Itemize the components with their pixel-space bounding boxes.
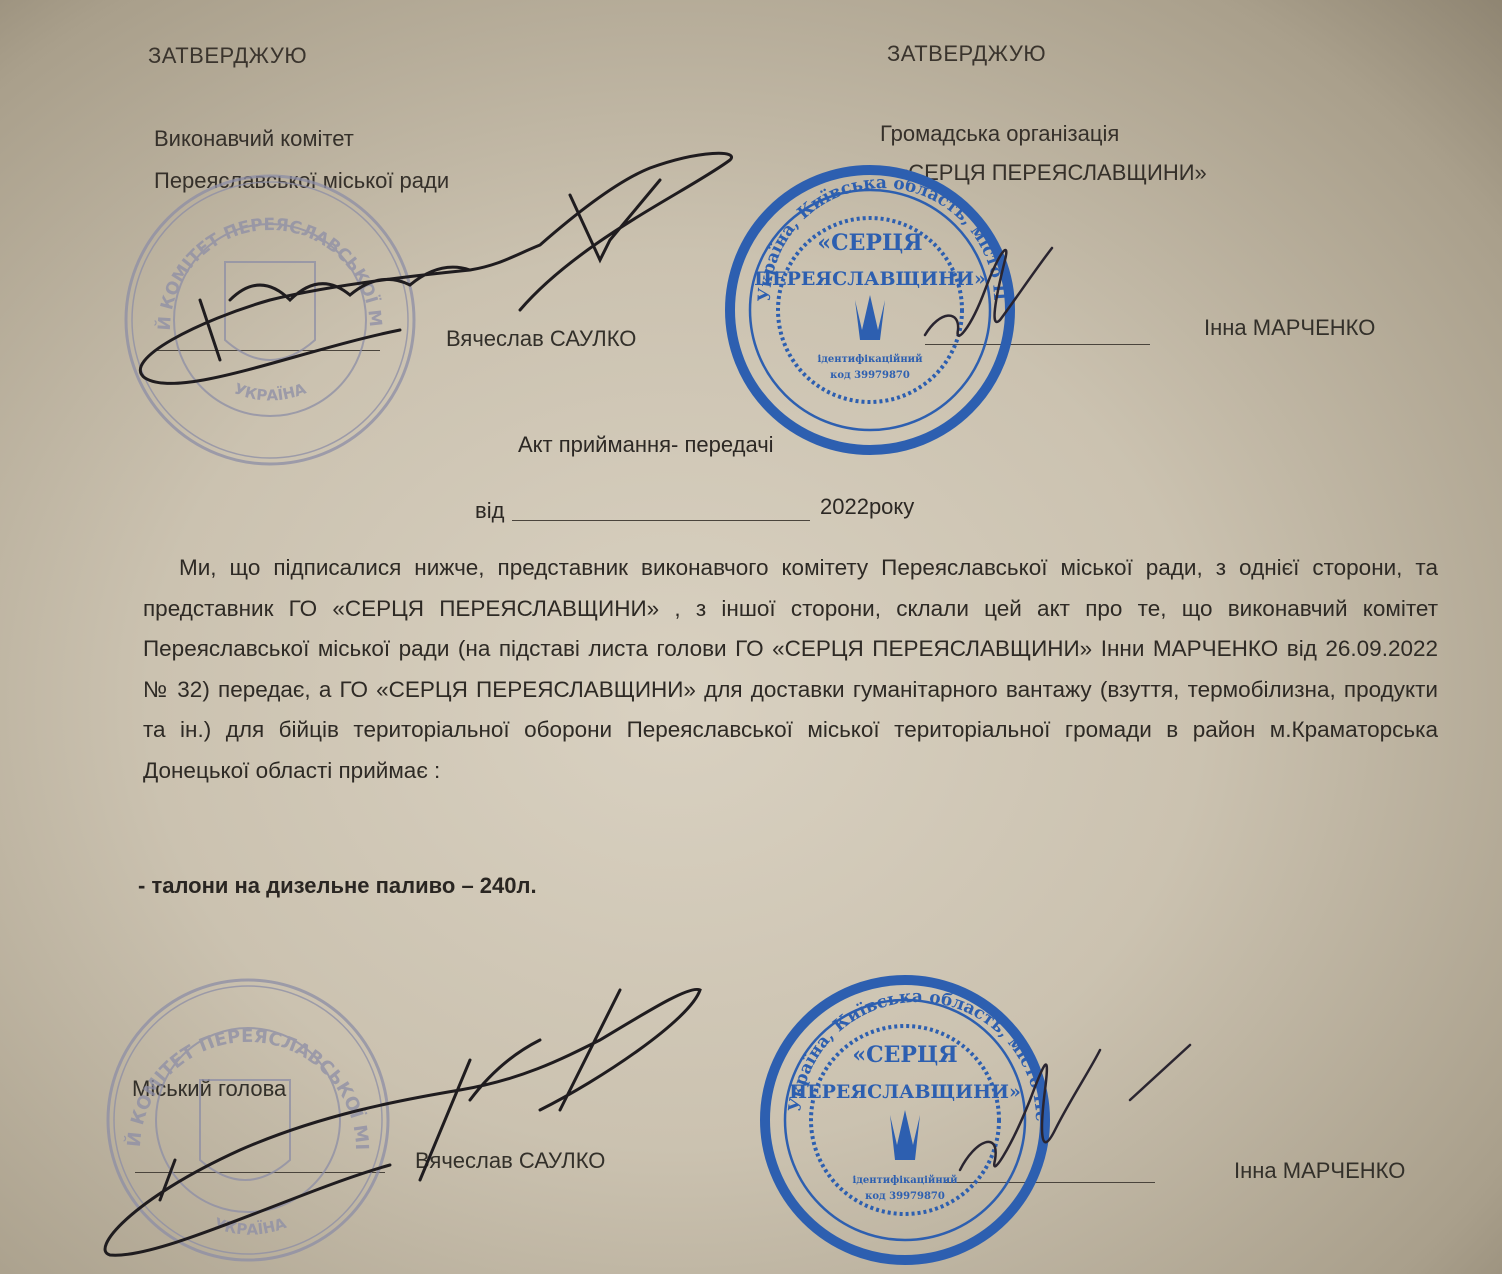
date-suffix: 2022року bbox=[820, 494, 914, 520]
council-stamp-top: ВИКОНАВЧИЙ КОМІТЕТ ПЕРЕЯСЛАВСЬКОЇ МІСЬКО… bbox=[0, 0, 414, 464]
ngo-emblem-icon bbox=[890, 1110, 920, 1160]
footer-right-signatory-name: Інна МАРЧЕНКО bbox=[1234, 1158, 1405, 1184]
svg-text:ідентифікаційний: ідентифікаційний bbox=[852, 1175, 958, 1186]
footer-left-signature-line bbox=[135, 1172, 385, 1173]
svg-text:«СЕРЦЯ: «СЕРЦЯ bbox=[817, 230, 922, 256]
right-org-line2: «СЕРЦЯ ПЕРЕЯСЛАВЩИНИ» bbox=[896, 160, 1207, 186]
svg-text:ПЕРЕЯСЛАВЩИНИ»: ПЕРЕЯСЛАВЩИНИ» bbox=[789, 1081, 1021, 1103]
svg-text:УКРАЇНА: УКРАЇНА bbox=[212, 1214, 289, 1239]
svg-text:код 39979870: код 39979870 bbox=[830, 370, 910, 381]
left-signatory-name: Вячеслав САУЛКО bbox=[446, 326, 636, 352]
document-title: Акт приймання- передачі bbox=[518, 432, 774, 458]
right-org-line1: Громадська організація bbox=[880, 121, 1119, 147]
svg-text:УКРАЇНА: УКРАЇНА bbox=[232, 379, 309, 404]
footer-position-label: Міський голова bbox=[132, 1076, 286, 1102]
left-approve-label: ЗАТВЕРДЖУЮ bbox=[148, 43, 307, 69]
signature-marchenko-bottom bbox=[960, 1045, 1190, 1170]
body-paragraph-block: Ми, що підписалися нижче, представник ви… bbox=[143, 548, 1438, 791]
right-signatory-name: Інна МАРЧЕНКО bbox=[1204, 315, 1375, 341]
trident-emblem-icon bbox=[225, 262, 315, 360]
footer-left-signatory-name: Вячеслав САУЛКО bbox=[415, 1148, 605, 1174]
left-org-line2: Переяславської міської ради bbox=[154, 168, 449, 194]
left-org-line1: Виконавчий комітет bbox=[154, 126, 354, 152]
date-prefix: від bbox=[475, 498, 504, 524]
svg-text:ПЕРЕЯСЛАВЩИНИ»: ПЕРЕЯСЛАВЩИНИ» bbox=[754, 268, 986, 290]
svg-text:ідентифікаційний: ідентифікаційний bbox=[817, 354, 923, 365]
left-signature-line bbox=[155, 350, 380, 351]
svg-text:«СЕРЦЯ: «СЕРЦЯ bbox=[852, 1042, 957, 1068]
transferred-item: - талони на дизельне паливо – 240л. bbox=[138, 873, 537, 899]
date-blank-line bbox=[512, 520, 810, 521]
footer-right-signature-line bbox=[945, 1182, 1155, 1183]
right-approve-label: ЗАТВЕРДЖУЮ bbox=[887, 41, 1046, 67]
signature-marchenko-top bbox=[925, 248, 1052, 336]
svg-text:код 39979870: код 39979870 bbox=[865, 1191, 945, 1202]
signature-saulko-bottom bbox=[105, 989, 700, 1255]
right-signature-line bbox=[925, 344, 1150, 345]
ngo-emblem-icon bbox=[855, 295, 885, 340]
body-paragraph: Ми, що підписалися нижче, представник ви… bbox=[143, 548, 1438, 791]
